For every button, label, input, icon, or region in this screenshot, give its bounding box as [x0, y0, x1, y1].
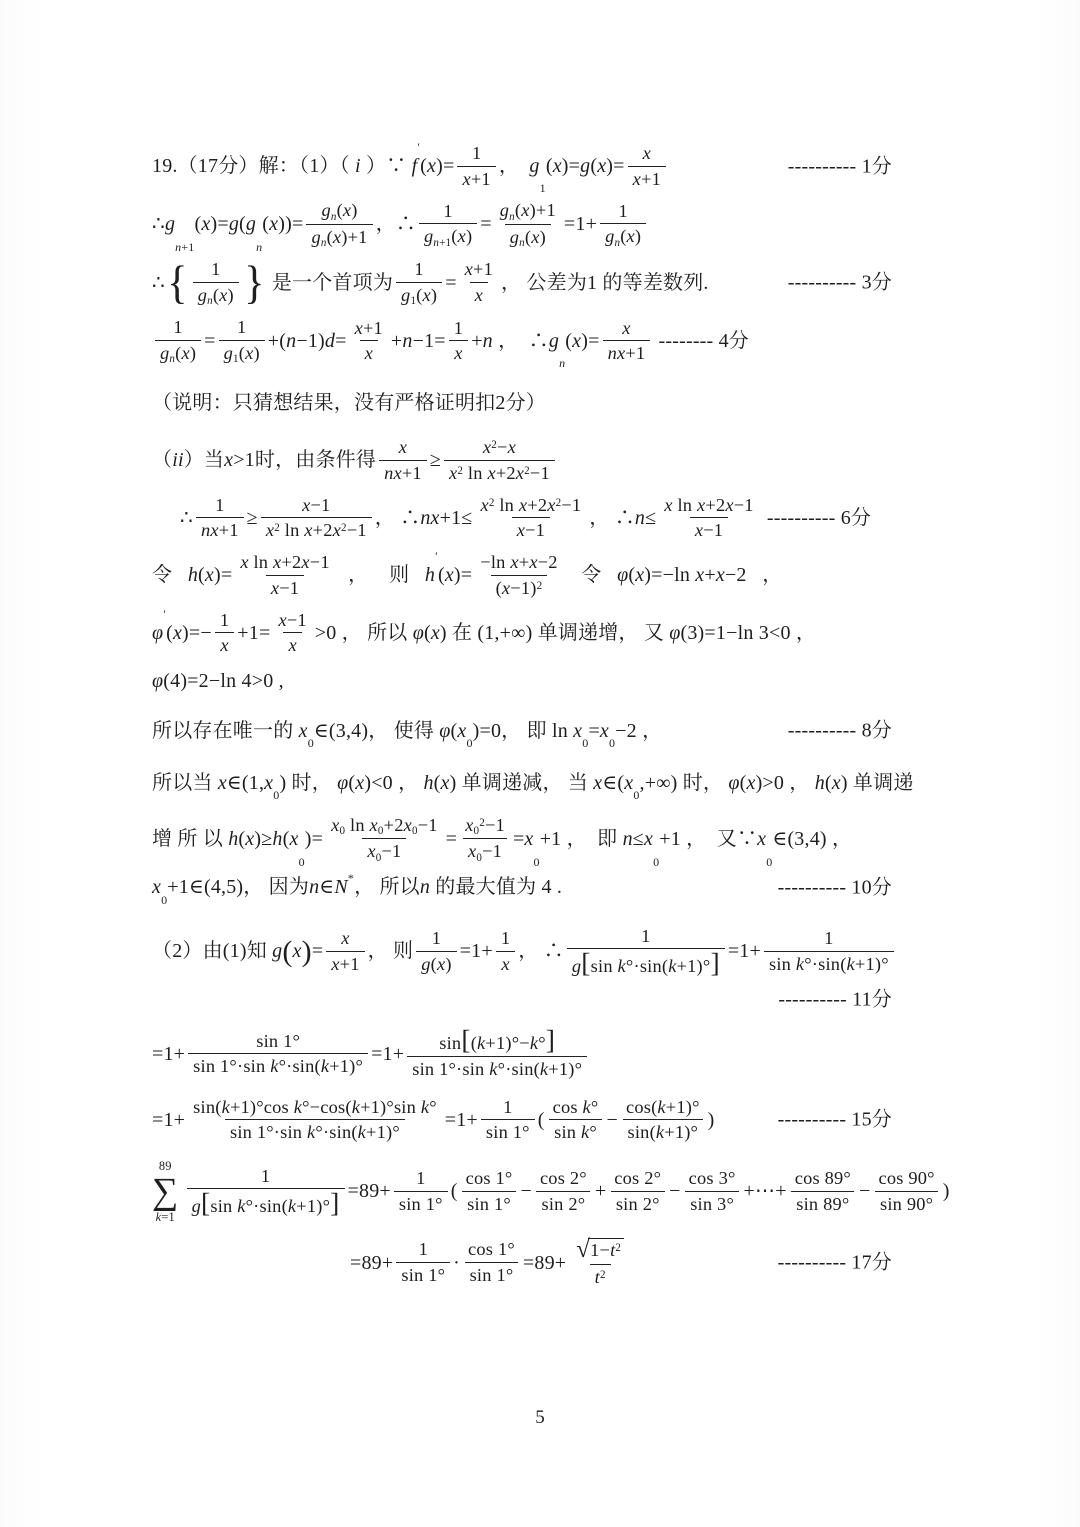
fraction: x2 ln x+2x2−1x−1 [475, 495, 586, 542]
text-run: g(x) [421, 954, 451, 974]
subscript: 0 [273, 789, 279, 801]
text-run: (x)+1 [515, 200, 556, 220]
variable: x [240, 552, 248, 572]
text-run: ∴ [152, 270, 165, 297]
variable: h [425, 564, 435, 586]
tall-bracket: ) [302, 939, 312, 965]
text-run: nx+1 [201, 520, 239, 540]
fraction: x02−1x0−1 [460, 815, 510, 864]
variable: x [333, 520, 341, 540]
denominator: g1(x) [219, 340, 265, 365]
text-run: ( [451, 1178, 458, 1205]
text-run: cos 1° [468, 1239, 515, 1259]
variable: n [309, 876, 319, 898]
text-run: x [483, 437, 491, 457]
variable: N [334, 876, 348, 898]
solution-step-1i: 19.（17分）解：（1）（ i ）∵ f′(x)=1x+1， g1(x)=g(… [152, 143, 930, 190]
variable: φ [152, 670, 163, 692]
text-run: +(n−1)d= [268, 328, 347, 355]
variable: g [510, 227, 519, 247]
document-page: 19.（17分）解：（1）（ i ）∵ f′(x)=1x+1， g1(x)=g(… [0, 0, 1080, 1527]
text-run: （2）由(1)知 g [152, 938, 282, 965]
numerator: 1 [449, 318, 468, 341]
phi-derivative-analysis: φ′(x)=−1x+1=x−1x>0 ， 所以 φ(x) 在 (1,+∞) 单调… [152, 610, 930, 657]
variable: φ [152, 622, 163, 644]
variable: x [517, 520, 525, 540]
variable: x [245, 343, 253, 363]
text-run: x+1 [331, 954, 359, 974]
text-run: nx+1 [384, 463, 422, 483]
numerator: x−1 [297, 495, 335, 518]
text-run: ， 则 [368, 938, 414, 965]
text-run: x+1 [633, 169, 661, 189]
variable: k [270, 1056, 278, 1076]
variable: g [549, 330, 559, 352]
text-run: ---------- 6分 [762, 505, 871, 532]
variable: x [547, 495, 555, 515]
text-run: x ln x+2x−1 [664, 495, 753, 515]
text-run: g [224, 343, 233, 363]
tall-bracket: ] [330, 1187, 339, 1218]
fraction: cos 89°sin 89° [790, 1168, 856, 1215]
fraction: x ln x+2x−1x−1 [235, 552, 334, 599]
denominator: x2 ln x+2x2−1 [261, 517, 372, 542]
variable: g [572, 956, 581, 976]
text-run: +1 ， 即 n≤x [540, 826, 653, 853]
text-run: sin 1°·sin k°·sin(k+1)° [193, 1056, 363, 1076]
text-run: = [445, 270, 456, 297]
numerator: 1 [256, 1166, 275, 1189]
denominator: sin 2° [611, 1191, 665, 1216]
numerator: 1 [232, 317, 251, 340]
text-run: = [480, 211, 491, 238]
text-run: +2x [384, 815, 412, 835]
variable: x [633, 169, 641, 189]
superscript: 2 [615, 1243, 621, 1254]
variable: k [668, 956, 676, 976]
text-run: * [348, 871, 354, 885]
variable: x [521, 200, 529, 220]
variable: x [431, 622, 440, 644]
text-run: x [220, 635, 228, 655]
subscript: 0 [582, 737, 588, 749]
text-run: （说明：只猜想结果，没有严格证明扣2分） [152, 390, 546, 417]
variable: k [581, 1122, 589, 1142]
variable: g [500, 200, 509, 220]
variable: g [311, 227, 320, 247]
text-run: − [859, 1178, 870, 1205]
variable: x [454, 343, 462, 363]
monotonicity-intervals: 所以当 x∈(1,x0) 时， φ(x)<0 ， h(x) 单调递减， 当 x∈… [152, 769, 930, 797]
text-run: 1 [503, 1097, 512, 1117]
denominator: t2 [590, 1264, 611, 1289]
text-run: (x)=− [166, 620, 212, 647]
variable: g [424, 226, 433, 246]
text-run: =x [588, 718, 609, 745]
variable: k [156, 1210, 162, 1224]
variable: x [341, 928, 349, 948]
text-run: -------- 4分 [653, 328, 749, 355]
text-run: g [401, 285, 410, 305]
big-delimiter: } [244, 262, 264, 304]
text-run: g [500, 200, 509, 220]
denominator: sin(k+1)° [623, 1119, 704, 1144]
denominator: sin 1° [396, 1262, 450, 1287]
variable: x [422, 285, 430, 305]
fraction: x2−xx2 ln x+2x2−1 [444, 437, 555, 484]
denominator: sin 1° [394, 1191, 448, 1216]
text-run: (x) [620, 226, 641, 246]
telescoping-sum: 89∑k=11g[sin k°·sin(k+1)°]=89+1sin 1°(co… [152, 1160, 930, 1224]
text-run: x [449, 463, 457, 483]
variable: x [437, 954, 445, 974]
fraction: 1nx+1 [196, 495, 244, 542]
tall-bracket: [ [201, 1187, 210, 1218]
text-run: ln x+2x [463, 463, 524, 483]
text-run: sin 89° [796, 1194, 849, 1214]
denominator: x [496, 951, 514, 976]
n-max-conclusion: x0+1∈(4,5)， 因为n∈N*， 所以n 的最大值为 4 .-------… [152, 874, 930, 902]
inequality-transform: ∴1nx+1≥x−1x2 ln x+2x2−1， ∴nx+1≤x2 ln x+2… [152, 495, 930, 542]
variable: φ [413, 622, 424, 644]
variable: x [531, 227, 539, 247]
text-run: sin 1°·sin k°·sin(k+1)° [230, 1122, 400, 1142]
text-run: x+1 [462, 169, 490, 189]
denominator: x−1 [266, 575, 304, 600]
text-run: ≥ [247, 505, 258, 532]
variable: x [572, 330, 581, 352]
superscript: * [348, 872, 354, 884]
numerator: gn(x)+1 [495, 200, 561, 223]
fraction: 1sin 1° [394, 1168, 448, 1215]
text-run: (x)=g(x)= [546, 153, 625, 180]
part-2-setup: （2）由(1)知 g(x)=xx+1， 则1g(x)=1+1x， ∴1g[sin… [152, 926, 930, 978]
variable: x [181, 343, 189, 363]
text-run: (x))= [262, 211, 303, 238]
denominator: gn(x) [193, 282, 239, 307]
denominator: sin 90° [875, 1191, 938, 1216]
variable: k [657, 1097, 665, 1117]
score-label: ---------- 1分 [788, 153, 892, 180]
subscript: n [256, 241, 262, 253]
variable: x [299, 720, 308, 742]
subscript: 1 [540, 182, 546, 194]
text-run: 2 [537, 580, 543, 592]
variable: x [524, 828, 533, 850]
text-run: x+1 [465, 259, 493, 279]
variable: x [173, 622, 182, 644]
text-run: (x) [416, 285, 437, 305]
numerator: √1−t2 [569, 1238, 631, 1264]
text-run: +n−1= [391, 328, 446, 355]
numerator: 1 [414, 1239, 433, 1262]
text-run: (k+1)°−k° [471, 1033, 546, 1053]
tall-bracket: ( [282, 939, 292, 965]
fraction: sin[(k+1)°−k°]sin 1°·sin k°·sin(k+1)° [407, 1028, 587, 1080]
radicand: 1−t2 [588, 1238, 624, 1262]
subscript: n [559, 357, 565, 369]
grading-note: （说明：只猜想结果，没有严格证明扣2分） [152, 389, 930, 417]
sum-lower: k=1 [156, 1211, 175, 1223]
arithmetic-sequence-conclusion: ∴{1gn(x)} 是一个首项为1g1(x)=x+1x， 公差为1 的等差数列.… [152, 259, 930, 307]
variable: k [288, 1196, 296, 1216]
text-run: −x [497, 437, 516, 457]
text-run: nx+1 [608, 343, 646, 363]
text-run: ′ [435, 549, 438, 563]
text-run: = [204, 328, 215, 355]
numerator: 1 [215, 610, 234, 633]
sum-term-transform-1: =1+sin 1°sin 1°·sin k°·sin(k+1)°=1+sin[(… [152, 1028, 930, 1080]
variable: n [623, 828, 633, 850]
variable: x [218, 772, 227, 794]
text-run: 1 [220, 610, 229, 630]
numerator: −ln x+x−2 [475, 552, 562, 575]
text-run: g [198, 285, 207, 305]
text-run: sin(k+1)° [628, 1122, 699, 1142]
text-run: ， ∴ [518, 938, 564, 965]
score-label: ---------- 8分 [788, 718, 892, 745]
sum-symbol: 89∑k=1 [152, 1160, 179, 1224]
text-run: x [643, 143, 651, 163]
variable: h [188, 564, 198, 586]
text-run: 2 [615, 1242, 621, 1254]
numerator: 1 [496, 928, 515, 951]
text-run: −1 [485, 815, 505, 835]
text-run: (x) [337, 200, 358, 220]
tall-bracket: [ [461, 1024, 470, 1055]
score-label: ---------- 3分 [788, 270, 892, 297]
fraction: 1g(x) [416, 928, 456, 975]
numerator: x [617, 318, 635, 341]
variable: x [519, 495, 527, 515]
text-run: x [331, 815, 339, 835]
subscript: 0 [766, 856, 772, 868]
variable: g [229, 213, 239, 235]
text-run: ， 公差为1 的等差数列. [501, 270, 709, 297]
text-run: sin 2° [616, 1194, 660, 1214]
text-run: x [288, 635, 296, 655]
numerator: cos 1° [463, 1239, 520, 1262]
fraction: 1g[sin k°·sin(k+1)°] [187, 1166, 345, 1218]
denominator: x [283, 632, 301, 657]
variable: g [605, 226, 614, 246]
text-run: −1 [561, 495, 581, 515]
fraction: gn(x)gn(x)+1 [306, 200, 372, 249]
variable: x [600, 720, 609, 742]
recurrence-derivation: ∴gn+1(x)=g(gn(x))=gn(x)gn(x)+1，∴1gn+1(x)… [152, 200, 930, 249]
variable: x [441, 772, 450, 794]
denominator: sin k° [549, 1119, 602, 1144]
superscript: 2 [600, 1270, 606, 1281]
variable: nx [384, 463, 402, 483]
superscript: ′ [435, 550, 438, 562]
text-run: sin k° [554, 1122, 597, 1142]
score-line-11: ---------- 11分 [152, 986, 930, 1014]
denominator: x0−1 [362, 838, 406, 863]
variable: x [370, 815, 378, 835]
text-run: sin 1°·sin k°·sin(k+1)° [412, 1059, 582, 1079]
variable: x [269, 213, 278, 235]
variable: n [420, 876, 430, 898]
text-run: x [622, 318, 630, 338]
variable: x [480, 495, 488, 515]
variable: i [355, 155, 361, 177]
variable: x [644, 828, 653, 850]
text-run: x [465, 815, 473, 835]
variable: x [355, 772, 364, 794]
text-run: − [520, 1178, 531, 1205]
text-run: sin 1° [470, 1265, 514, 1285]
text-run: x [365, 343, 373, 363]
variable: x [475, 285, 483, 305]
denominator: x−1 [690, 517, 728, 542]
variable: k [358, 1122, 366, 1142]
text-run: 1 [501, 928, 510, 948]
text-run: ∴g [152, 211, 175, 238]
text-run: ∈(3,4) ， [772, 826, 852, 853]
text-run: 0 [582, 736, 588, 750]
text-run: x−1 [302, 495, 330, 515]
text-run: −1 [381, 841, 401, 861]
fraction: x ln x+2x−1x−1 [659, 495, 758, 542]
sum-term-transform-2: =1+sin(k+1)°cos k°−cos(k+1)°sin k°sin 1°… [152, 1097, 930, 1144]
variable: k [307, 1122, 315, 1142]
fraction: xx+1 [628, 143, 666, 190]
variable: x [465, 259, 473, 279]
text-run: 是一个首项为 [267, 270, 393, 297]
denominator: sin 1°·sin k°·sin(k+1)° [407, 1056, 587, 1081]
text-run: ) [708, 1107, 715, 1134]
text-run: >0 ， 所以 φ(x) 在 (1,+∞) 单调递增， 又 φ(3)=1−ln … [315, 620, 816, 647]
text-run: x−1 [517, 520, 545, 540]
text-run: 令 φ(x)=−ln x+x−2 ， [566, 562, 783, 589]
text-run: x [475, 285, 483, 305]
variable: nx [201, 520, 219, 540]
denominator: x+1 [457, 166, 495, 191]
text-run: = [446, 826, 457, 853]
fraction: x+1x [350, 318, 388, 365]
text-run: 1 [641, 926, 650, 946]
denominator: sin 1° [481, 1119, 535, 1144]
variable: x [399, 437, 407, 457]
superscript: ′ [417, 141, 420, 153]
superscript: 2 [537, 581, 543, 592]
text-run: ( [538, 1107, 545, 1134]
text-run: −1 [530, 463, 550, 483]
variable: x [331, 815, 339, 835]
numerator: cos k° [548, 1097, 604, 1120]
text-run: φ [152, 620, 163, 647]
text-run: g [311, 227, 320, 247]
text-run: sin k°·sin(k+1)° [210, 1196, 330, 1216]
variable: x [468, 841, 476, 861]
fraction: 1x [215, 610, 234, 657]
fraction: 1gn+1(x) [419, 201, 477, 249]
text-run: ∈(3,4)， 使得 φ(x [314, 718, 467, 745]
fraction: 1g[sin k°·sin(k+1)°] [567, 926, 725, 978]
numerator: x ln x+2x−1 [235, 552, 334, 575]
variable: g [580, 155, 590, 177]
fraction: x+1x [460, 259, 498, 306]
variable: n [256, 240, 262, 254]
variable: k [583, 1097, 591, 1117]
fraction: sin 1°sin 1°·sin k°·sin(k+1)° [188, 1031, 368, 1078]
numerator: sin[(k+1)°−k°] [434, 1028, 560, 1056]
text-run: =1+ [371, 1041, 404, 1068]
variable: k [618, 956, 626, 976]
variable: h [815, 772, 825, 794]
variable: k [352, 1097, 360, 1117]
variable: x [573, 720, 582, 742]
fraction: cos 3°sin 3° [684, 1168, 741, 1215]
text-run: 1 [173, 317, 182, 337]
tall-bracket: [ [581, 947, 590, 978]
variable: k [796, 954, 804, 974]
text-run: +1= [237, 620, 270, 647]
denominator: nx+1 [196, 517, 244, 542]
subscript: n+1 [175, 241, 194, 253]
numerator: sin(k+1)°cos k°−cos(k+1)°sin k° [188, 1097, 442, 1120]
variable: x [343, 200, 351, 220]
text-run: =89+ [523, 1250, 566, 1277]
variable: x [757, 828, 766, 850]
variable: x [457, 720, 466, 742]
text-run: cos 3° [689, 1168, 736, 1188]
variable: x [271, 578, 279, 598]
numerator: 1 [613, 201, 632, 224]
variable: x [832, 772, 841, 794]
text-run: x ln x+2x−1 [240, 552, 329, 572]
variable: k [421, 1097, 429, 1117]
variable: nx [608, 343, 626, 363]
variable: k [656, 1122, 664, 1142]
text-run: − [669, 1178, 680, 1205]
variable: k [222, 1097, 230, 1117]
fraction: xx+1 [326, 928, 364, 975]
text-run: −1 [347, 520, 367, 540]
text-run: 0 [161, 893, 167, 907]
subscript: 0 [534, 856, 540, 868]
text-run: sin 1° [401, 1265, 445, 1285]
text-run: sin [439, 1033, 461, 1053]
text-run: (x) [175, 343, 196, 363]
variable: φ [337, 772, 348, 794]
variable: g [401, 285, 410, 305]
fraction: xnx+1 [603, 318, 651, 365]
numerator: x [394, 437, 412, 460]
part-1ii-condition: （ii）当x>1时，由条件得xnx+1≥x2−xx2 ln x+2x2−1 [152, 437, 930, 484]
sigma-icon: ∑ [152, 1172, 179, 1211]
text-run: 0 [653, 855, 659, 869]
variable: g [272, 940, 282, 962]
tall-bracket: ] [546, 1024, 555, 1055]
variable: x [635, 564, 644, 586]
fraction: x−1x [273, 610, 311, 657]
denominator: x [470, 282, 488, 307]
variable: g [165, 213, 175, 235]
variable: d [325, 330, 335, 352]
superscript: ′ [163, 608, 166, 620]
numerator: x−1 [273, 610, 311, 633]
numerator: cos 1° [461, 1168, 518, 1191]
text-run: ，∴ [376, 211, 416, 238]
fraction: 1x [449, 318, 468, 365]
text-run: 1 [540, 181, 546, 195]
text-run: 1 [454, 318, 463, 338]
fraction: −ln x+x−2(x−1)2 [475, 552, 562, 599]
text-run: 0 [466, 736, 472, 750]
variable: φ [439, 720, 450, 742]
